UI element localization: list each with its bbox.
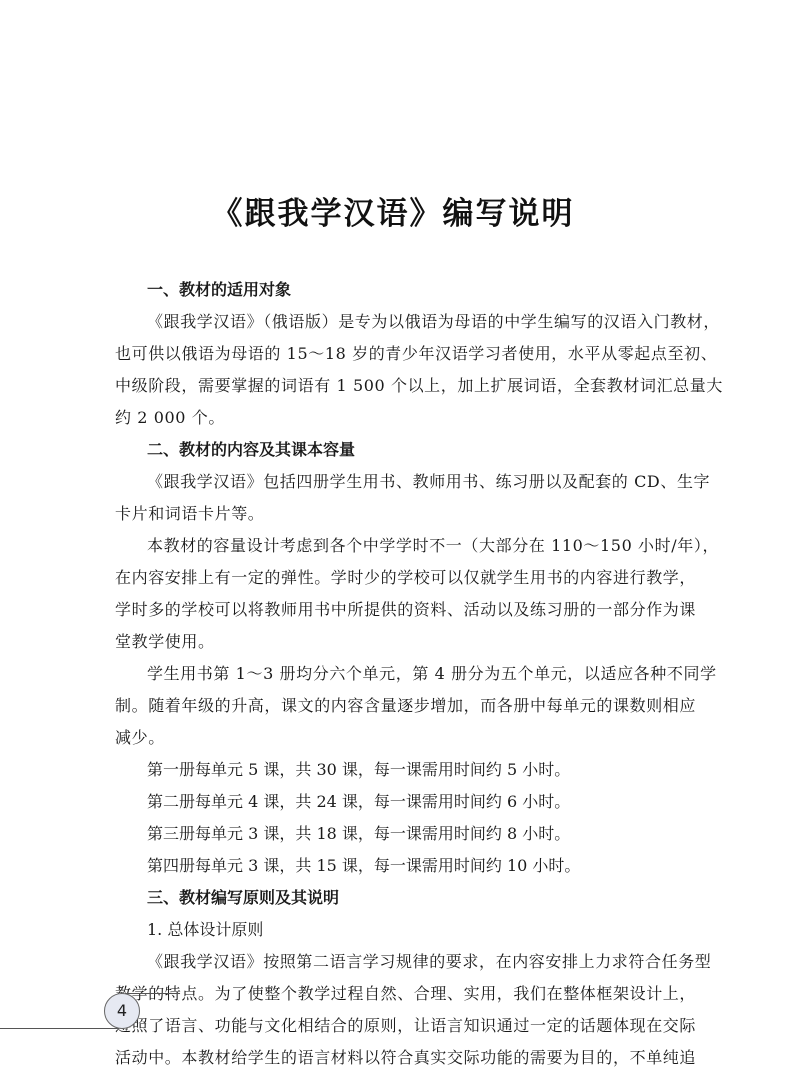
- paragraph-line: 制。随着年级的升高，课文的内容含量逐步增加，而各册中每单元的课数则相应: [115, 690, 693, 722]
- document-body: 一、教材的适用对象 《跟我学汉语》（俄语版）是专为以俄语为母语的中学生编写的汉语…: [115, 274, 693, 1074]
- paragraph-line: 《跟我学汉语》（俄语版）是专为以俄语为母语的中学生编写的汉语入门教材，: [115, 306, 693, 338]
- paragraph-line: 卡片和词语卡片等。: [115, 498, 693, 530]
- footer-rule-bottom: [0, 1028, 118, 1029]
- paragraph-line: 减少。: [115, 722, 693, 754]
- paragraph-line: 堂教学使用。: [115, 626, 693, 658]
- paragraph-line: 也可供以俄语为母语的 15～18 岁的青少年汉语学习者使用，水平从零起点至初、: [115, 338, 693, 370]
- volume-line: 第二册每单元 4 课，共 24 课，每一课需用时间约 6 小时。: [115, 786, 693, 818]
- paragraph-line: 《跟我学汉语》按照第二语言学习规律的要求，在内容安排上力求符合任务型: [115, 946, 693, 978]
- paragraph-line: 约 2 000 个。: [115, 402, 693, 434]
- section-heading: 二、教材的内容及其课本容量: [115, 434, 693, 466]
- paragraph-line: 学时多的学校可以将教师用书中所提供的资料、活动以及练习册的一部分作为课: [115, 594, 693, 626]
- volume-line: 第四册每单元 3 课，共 15 课，每一课需用时间约 10 小时。: [115, 850, 693, 882]
- paragraph-line: 活动中。本教材给学生的语言材料以符合真实交际功能的需要为目的，不单纯追: [115, 1042, 693, 1074]
- paragraph-line: 《跟我学汉语》包括四册学生用书、教师用书、练习册以及配套的 CD、生字: [115, 466, 693, 498]
- section-heading: 三、教材编写原则及其说明: [115, 882, 693, 914]
- section-heading: 一、教材的适用对象: [115, 274, 693, 306]
- volume-line: 第一册每单元 5 课，共 30 课，每一课需用时间约 5 小时。: [115, 754, 693, 786]
- footer-rule-top: [125, 993, 180, 994]
- paragraph-line: 在内容安排上有一定的弹性。学时少的学校可以仅就学生用书的内容进行教学，: [115, 562, 693, 594]
- paragraph-line: 中级阶段，需要掌握的词语有 1 500 个以上，加上扩展词语，全套教材词汇总量大: [115, 370, 693, 402]
- page-title: 《跟我学汉语》编写说明: [0, 188, 786, 233]
- volume-line: 第三册每单元 3 课，共 18 课，每一课需用时间约 8 小时。: [115, 818, 693, 850]
- page-number: 4: [104, 993, 140, 1029]
- page-footer: 4: [0, 988, 786, 1038]
- paragraph-line: 本教材的容量设计考虑到各个中学学时不一（大部分在 110～150 小时/年），: [115, 530, 693, 562]
- subsection-heading: 1. 总体设计原则: [115, 914, 693, 946]
- paragraph-line: 学生用书第 1～3 册均分六个单元，第 4 册分为五个单元，以适应各种不同学: [115, 658, 693, 690]
